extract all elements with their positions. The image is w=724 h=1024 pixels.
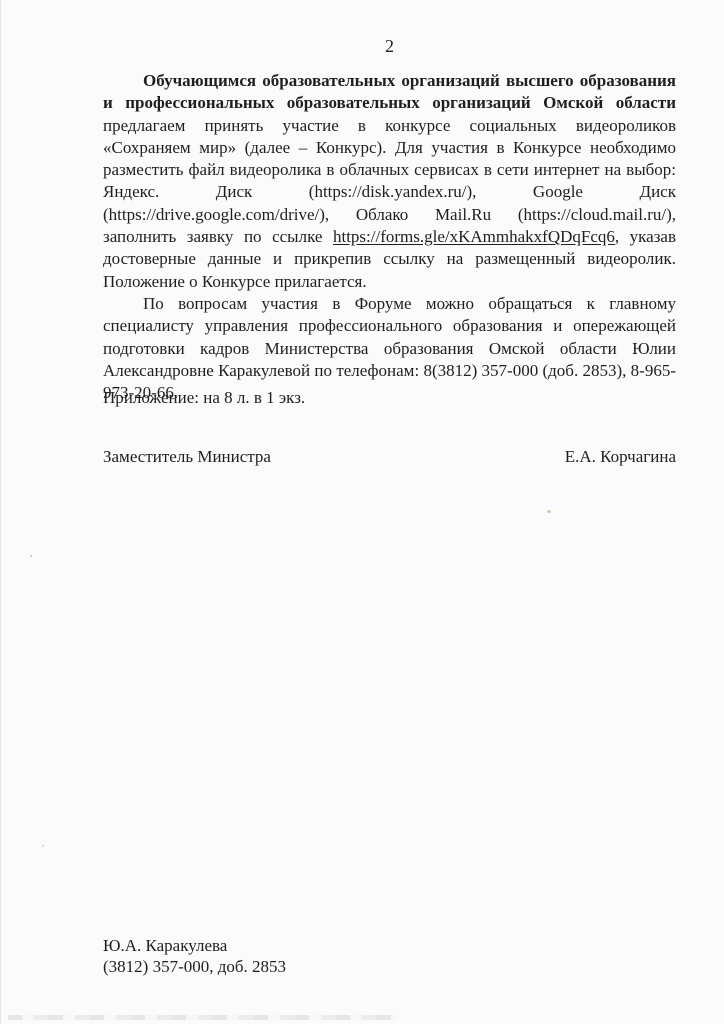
executor-phone: (3812) 357-000, доб. 2853 — [103, 956, 676, 977]
forms-gle-link[interactable]: https://forms.gle/xKAmmhakxfQDqFcq6 — [333, 227, 615, 246]
scan-speck — [30, 555, 32, 557]
signer-name: Е.А. Корчагина — [565, 447, 676, 467]
signature-row: Заместитель Министра Е.А. Корчагина — [103, 447, 676, 467]
page-number: 2 — [103, 36, 676, 57]
scan-speck — [42, 845, 44, 847]
scan-edge-artifact-left — [0, 0, 1, 1024]
executor-name: Ю.А. Каракулева — [103, 935, 676, 956]
signer-title: Заместитель Министра — [103, 447, 271, 467]
attachment-note: Приложение: на 8 л. в 1 экз. — [103, 388, 676, 408]
scan-speck — [547, 510, 551, 513]
scanned-letter-page: 2 Обучающимся образовательных организаци… — [0, 0, 724, 1024]
paragraph-invitation: Обучающимся образовательных организаций … — [103, 70, 676, 293]
addressee-bold-text: Обучающимся образовательных организаций … — [103, 71, 676, 112]
executor-footer: Ю.А. Каракулева (3812) 357-000, доб. 285… — [103, 935, 676, 977]
letter-body: Обучающимся образовательных организаций … — [103, 70, 676, 404]
scan-edge-artifact-bottom — [8, 1015, 398, 1020]
